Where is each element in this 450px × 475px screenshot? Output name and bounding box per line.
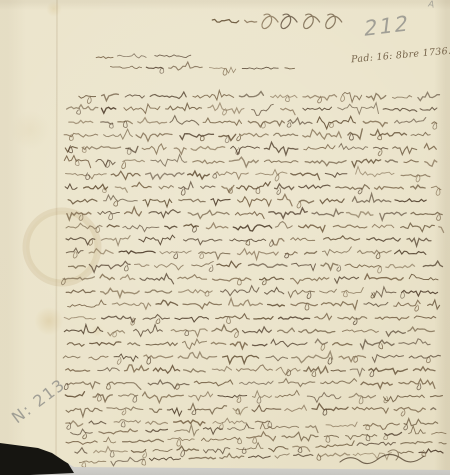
handwriting-layer <box>0 0 450 475</box>
seal-stain-ring <box>26 211 98 283</box>
header-inscription-flourish <box>212 14 341 28</box>
body-text-lines <box>61 90 443 429</box>
document-scan: Pad: 16: 8bre 1736. 212 A N: 213 <box>0 0 450 475</box>
postscript-lines <box>66 418 447 469</box>
letter-page: Pad: 16: 8bre 1736. 212 A N: 213 <box>0 0 450 475</box>
address-note-lines <box>96 54 294 76</box>
